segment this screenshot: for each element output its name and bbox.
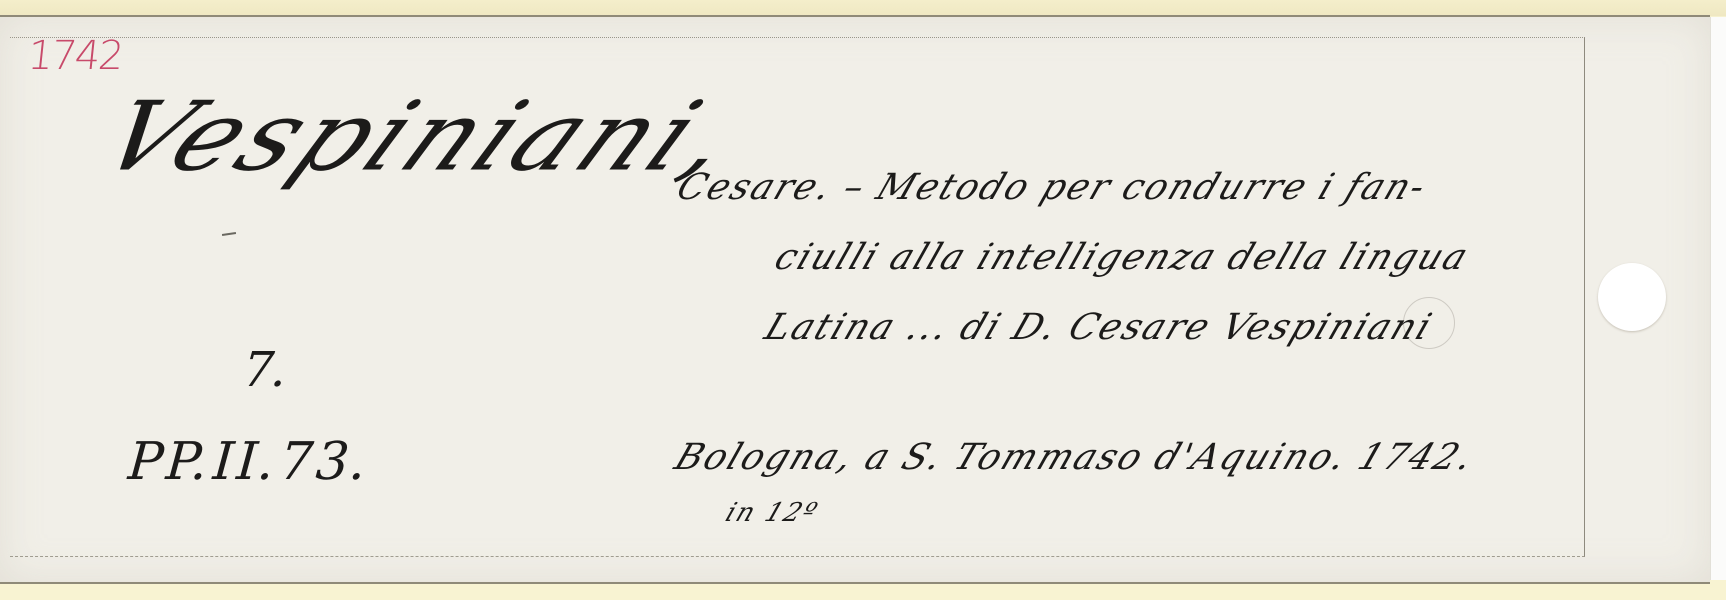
card-edge [1710,17,1726,580]
imprint: Bologna, a S. Tommaso d'Aquino. 1742. [670,440,1479,476]
title-line-2: ciulli alla intelligenza della lingua [770,240,1474,276]
format: in 12º [722,500,822,526]
accession-number: 1742 [26,36,124,76]
author-heading: Vespiniani, [86,88,757,184]
scan-background-top [0,0,1726,16]
title-line-3: Latina ... di D. Cesare Vespiniani [760,310,1437,346]
punch-hole [1598,263,1666,331]
title-line-1: Cesare. – Metodo per condurre i fan- [672,170,1432,206]
shelf-mark: PP.II.73. [121,436,378,488]
